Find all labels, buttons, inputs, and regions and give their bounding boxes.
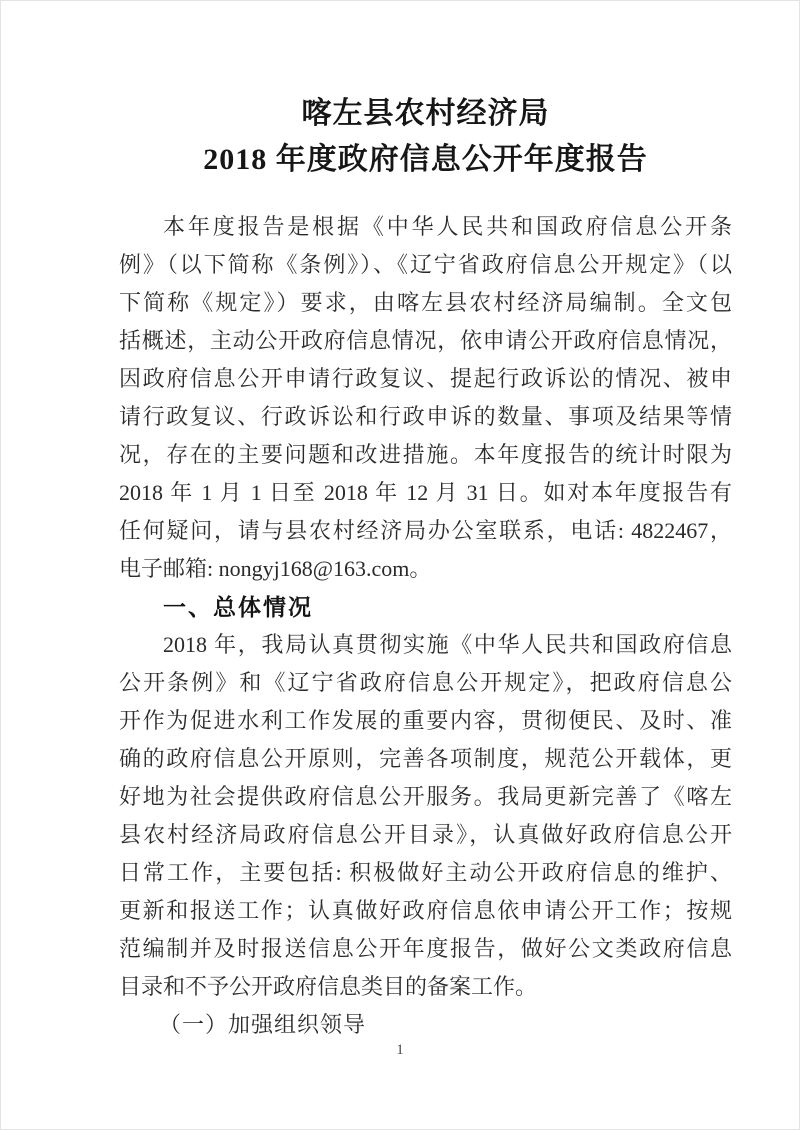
document-content: 喀左县农村经济局 2018 年度政府信息公开年度报告 本年度报告是根据《中华人民… [119, 91, 732, 1044]
document-page: 喀左县农村经济局 2018 年度政府信息公开年度报告 本年度报告是根据《中华人民… [0, 0, 800, 1130]
paragraph-overview: 本年度报告是根据《中华人民共和国政府信息公开条例》（以下简称《条例》）、《辽宁省… [119, 208, 732, 588]
paragraph-line: 好地为社会提供政府信息公开服务。我局更新完善了《喀左 [119, 778, 732, 816]
document-title-line-2: 2018 年度政府信息公开年度报告 [119, 137, 732, 183]
paragraph-line: 更新和报送工作；认真做好政府信息依申请公开工作；按规 [119, 892, 732, 930]
paragraph-line: 公开条例》和《辽宁省政府信息公开规定》，把政府信息公 [119, 664, 732, 702]
paragraph-line: 任何疑问，请与县农村经济局办公室联系，电话: 4822467， [119, 512, 732, 550]
paragraph-line: 括概述，主动公开政府信息情况，依申请公开政府信息情况， [119, 322, 732, 360]
paragraph-line: 确的政府信息公开原则，完善各项制度，规范公开载体，更 [119, 740, 732, 778]
document-title-line-1: 喀左县农村经济局 [119, 91, 732, 137]
paragraph-line: 目录和不予公开政府信息类目的备案工作。 [119, 968, 732, 1006]
paragraph-line: 因政府信息公开申请行政复议、提起行政诉讼的情况、被申 [119, 360, 732, 398]
paragraph-implementation: 2018 年，我局认真贯彻实施《中华人民共和国政府信息公开条例》和《辽宁省政府信… [119, 626, 732, 1006]
paragraph-line: 况，存在的主要问题和改进措施。本年度报告的统计时限为 [119, 436, 732, 474]
paragraph-line: 开作为促进水利工作发展的重要内容，贯彻便民、及时、准 [119, 702, 732, 740]
paragraph-line: 日常工作，主要包括: 积极做好主动公开政府信息的维护、 [119, 854, 732, 892]
paragraph-line: 例》（以下简称《条例》）、《辽宁省政府信息公开规定》（以 [119, 246, 732, 284]
paragraph-line: 县农村经济局政府信息公开目录》，认真做好政府信息公开 [119, 816, 732, 854]
paragraph-line: 本年度报告是根据《中华人民共和国政府信息公开条 [119, 208, 732, 246]
paragraph-line: 2018 年 1 月 1 日至 2018 年 12 月 31 日。如对本年度报告… [119, 474, 732, 512]
page-number: 1 [1, 1039, 799, 1061]
paragraph-line: 2018 年，我局认真贯彻实施《中华人民共和国政府信息 [119, 626, 732, 664]
section-heading-overall-situation: 一、总体情况 [119, 588, 732, 626]
paragraph-line: 下简称《规定》）要求，由喀左县农村经济局编制。全文包 [119, 284, 732, 322]
paragraph-line: 电子邮箱: nongyj168@163.com。 [119, 550, 732, 588]
paragraph-line: 范编制并及时报送信息公开年度报告，做好公文类政府信息 [119, 930, 732, 968]
paragraph-line: 请行政复议、行政诉讼和行政申诉的数量、事项及结果等情 [119, 398, 732, 436]
